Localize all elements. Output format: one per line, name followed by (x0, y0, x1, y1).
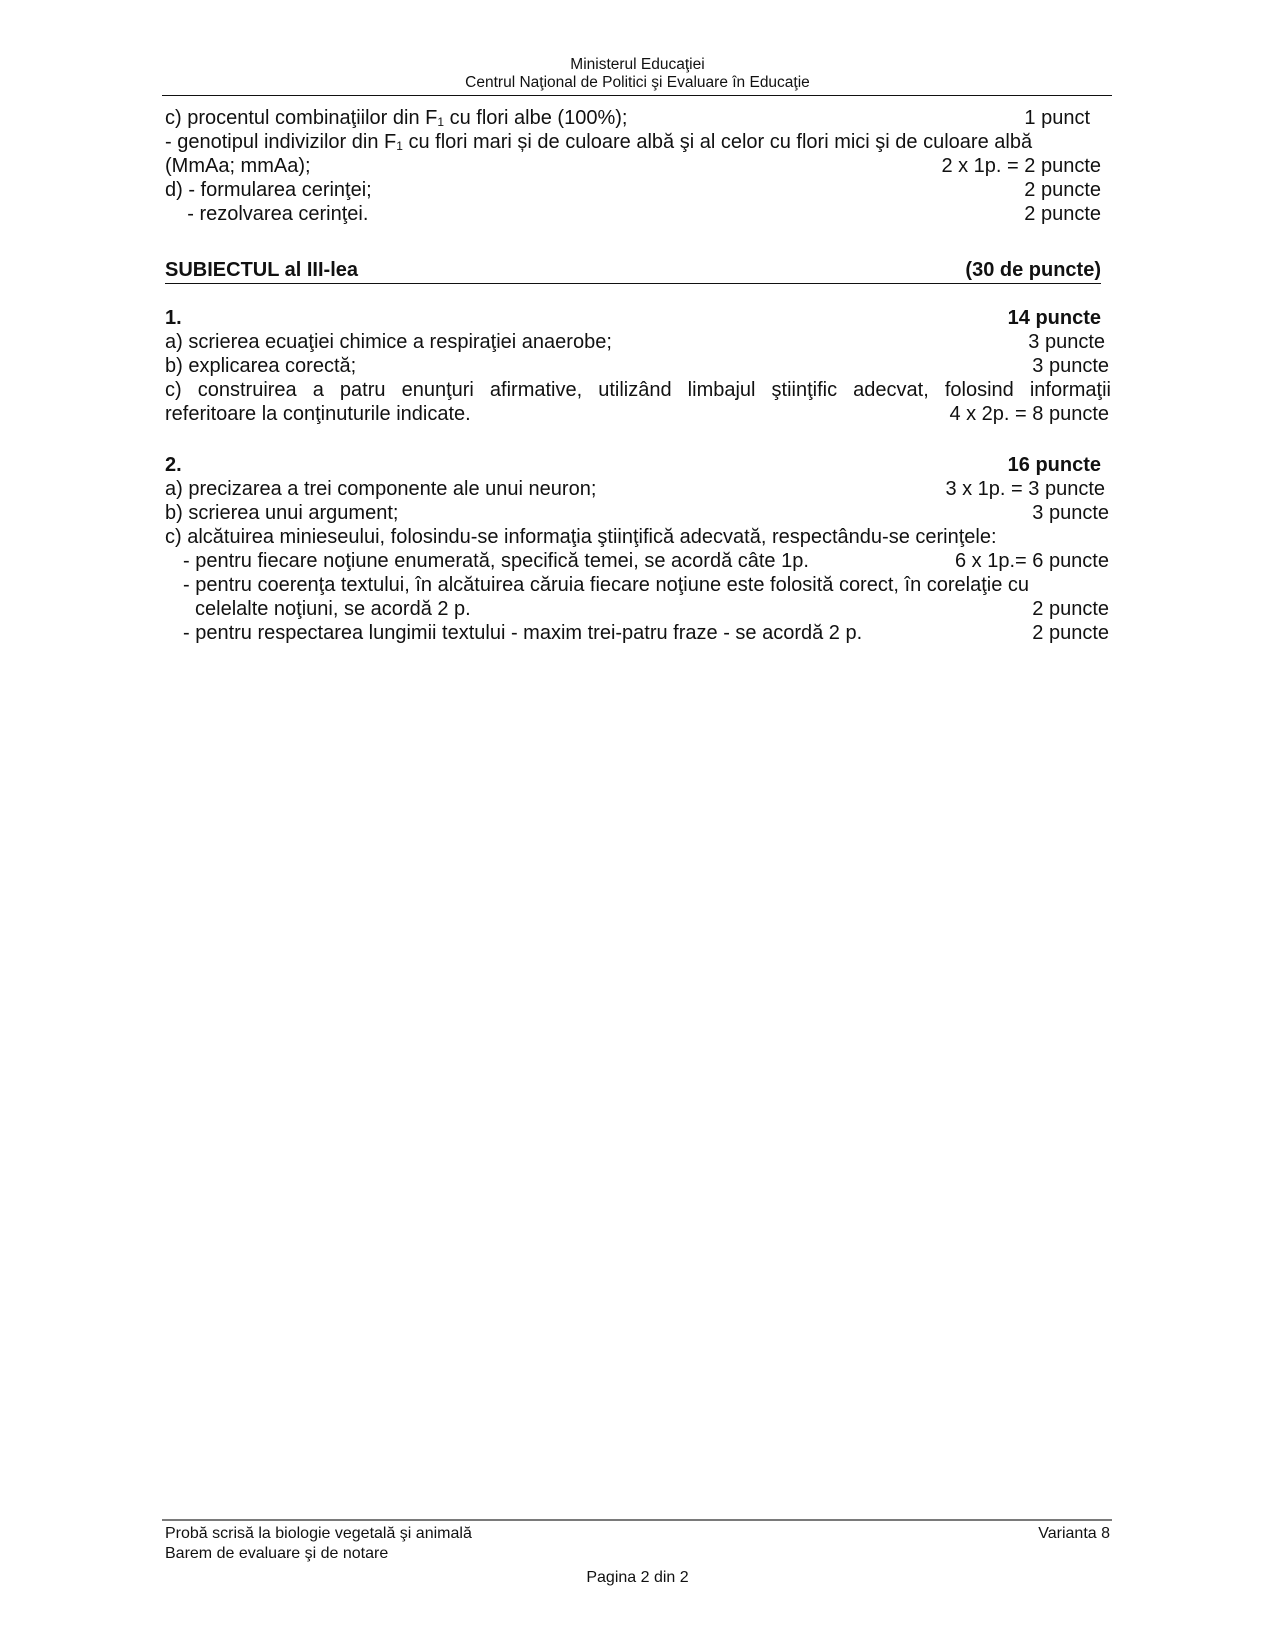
question-number: 2. (165, 453, 182, 477)
question-points: 14 puncte (1008, 306, 1101, 330)
item-points: 6 x 1p.= 6 puncte (955, 549, 1109, 573)
question-1-header: 1. 14 puncte (165, 306, 1111, 330)
item-text: cu flori mari și de culoare albă şi al c… (403, 131, 1032, 153)
question-2-header: 2. 16 puncte (165, 453, 1111, 477)
item-text: b) scrierea unui argument; (165, 501, 398, 525)
item-text: celelalte noţiuni, se acordă 2 p. (195, 597, 471, 621)
item-text: d) - formularea cerinţei; (165, 178, 372, 202)
q2-item: b) scrierea unui argument; 3 puncte (165, 501, 1111, 525)
item-points: 1 punct (1024, 106, 1090, 130)
item-points: 2 x 1p. = 2 puncte (941, 154, 1101, 178)
q1-item: referitoare la conţinuturile indicate. 4… (165, 402, 1111, 426)
section-total-points: (30 de puncte) (965, 258, 1101, 282)
q2-item: c) alcătuirea minieseului, folosindu-se … (165, 525, 1111, 549)
section-title-underline (165, 283, 1101, 284)
item-text: - pentru respectarea lungimii textului -… (183, 621, 862, 645)
q2-item: - pentru coerenţa textului, în alcătuire… (165, 573, 1111, 597)
item-points: 3 puncte (1032, 354, 1109, 378)
item-points: 2 puncte (1024, 178, 1101, 202)
q2-item: a) precizarea a trei componente ale unui… (165, 477, 1111, 501)
question-number: 1. (165, 306, 182, 330)
q1-item: a) scrierea ecuaţiei chimice a respiraţi… (165, 330, 1111, 354)
footer-doc-type: Barem de evaluare şi de notare (165, 1544, 388, 1563)
item-points: 2 puncte (1032, 621, 1109, 645)
item-text: - genotipul indivizilor din F (165, 131, 396, 153)
item-text: c) alcătuirea minieseului, folosindu-se … (165, 525, 997, 549)
item-points: 3 puncte (1032, 501, 1109, 525)
item-points: 3 puncte (1028, 330, 1105, 354)
item-points: 2 puncte (1024, 202, 1101, 226)
section-title: SUBIECTUL al III-lea (165, 258, 358, 282)
item-text: - pentru coerenţa textului, în alcătuire… (183, 573, 1029, 597)
question-points: 16 puncte (1008, 453, 1101, 477)
header-divider (162, 95, 1112, 96)
item-2c-genotype: - genotipul indivizilor din F1 cu flori … (165, 130, 1111, 154)
item-text: - rezolvarea cerinţei. (165, 202, 368, 226)
footer-page-number: Pagina 2 din 2 (0, 1568, 1275, 1587)
section-title-row: SUBIECTUL al III-lea (30 de puncte) (165, 258, 1111, 282)
q2-item: - pentru fiecare noţiune enumerată, spec… (165, 549, 1111, 573)
item-text: referitoare la conţinuturile indicate. (165, 402, 471, 426)
item-points: 2 puncte (1032, 597, 1109, 621)
q1-item: b) explicarea corectă; 3 puncte (165, 354, 1111, 378)
header-ministry: Ministerul Educaţiei (0, 56, 1275, 74)
q1-item: c) construirea a patru enunţuri afirmati… (165, 378, 1111, 402)
footer-exam-name: Probă scrisă la biologie vegetală şi ani… (165, 1524, 472, 1543)
item-2d-solve: - rezolvarea cerinţei. 2 puncte (165, 202, 1111, 226)
item-points: 3 x 1p. = 3 puncte (945, 477, 1105, 501)
item-text: a) scrierea ecuaţiei chimice a respiraţi… (165, 330, 612, 354)
item-text: - pentru fiecare noţiune enumerată, spec… (183, 549, 809, 573)
item-text: a) precizarea a trei componente ale unui… (165, 477, 596, 501)
header-center: Centrul Naţional de Politici şi Evaluare… (0, 74, 1275, 92)
item-2c-genotype-answer: (MmAa; mmAa); 2 x 1p. = 2 puncte (165, 154, 1111, 178)
item-text: cu flori albe (100%); (444, 107, 627, 129)
item-2c-percent: c) procentul combinaţiilor din F1 cu flo… (165, 106, 1111, 130)
item-points: 4 x 2p. = 8 puncte (949, 402, 1109, 426)
subscript: 1 (396, 139, 403, 153)
item-text: c) construirea a patru enunţuri afirmati… (165, 378, 1111, 402)
item-text: b) explicarea corectă; (165, 354, 356, 378)
q2-item: celelalte noţiuni, se acordă 2 p. 2 punc… (165, 597, 1111, 621)
item-2d-formulate: d) - formularea cerinţei; 2 puncte (165, 178, 1111, 202)
footer-divider (162, 1519, 1112, 1521)
footer-variant: Varianta 8 (1038, 1524, 1110, 1543)
item-text: (MmAa; mmAa); (165, 154, 311, 178)
q2-item: - pentru respectarea lungimii textului -… (165, 621, 1111, 645)
item-text: c) procentul combinaţiilor din F (165, 107, 437, 129)
